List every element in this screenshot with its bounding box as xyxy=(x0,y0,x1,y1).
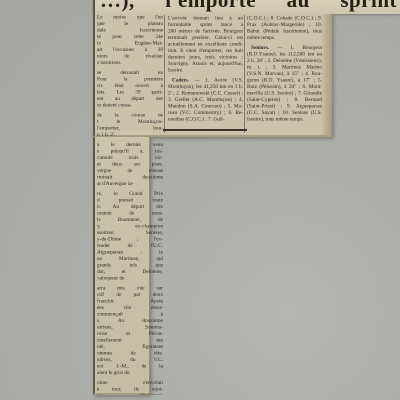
newsprint-line: même temps. xyxy=(247,35,322,42)
newsprint-paragraph: rs, le Grand Prixd prenait touten. Au dé… xyxy=(97,191,163,282)
newsprint-line: n 1 h. 2'. xyxy=(97,132,163,139)
headline: …), l'emporte au sprint xyxy=(100,0,397,12)
newsprint-subhead: Cadets. xyxy=(172,78,189,84)
headline-crop: …), l'emporte au sprint xyxy=(100,0,397,13)
newsprint-subhead: Seniors. xyxy=(251,45,269,51)
newsprint-line: aient le gros du xyxy=(97,370,163,377)
newsprint-paragraph: se déroulait enPour la premièrerix était… xyxy=(97,70,163,109)
newsprint-line: vainqueur de xyxy=(97,275,163,282)
newspaper-headline-band: …), l'emporte au sprint xyxy=(93,0,400,14)
article-column-left: Le moins que l'onque le plateaudale Isso… xyxy=(97,14,163,395)
newsprint-paragraph: a le dernier venue puisqu'il a, jus-cumu… xyxy=(97,142,163,188)
newsprint-line: Issoire), tous même temps. xyxy=(247,116,322,123)
newsprint-line: at d'Auvergne in- xyxy=(97,181,163,188)
newsprint-paragraph: olme s'envolaite tour, ils rejoi-es d'éc… xyxy=(97,380,163,396)
newsprint-line: s issoiriens. xyxy=(97,60,163,67)
photo-of-newspaper-clipping: …), l'emporte au sprint Le moins que l'o… xyxy=(0,0,400,400)
section-end-rule xyxy=(163,129,247,131)
newsprint-paragraph: L'arrivée donnait lieu à unformidable sp… xyxy=(168,15,243,74)
column-rule xyxy=(164,15,165,133)
article-column-middle: L'arrivée donnait lieu à unformidable sp… xyxy=(168,15,243,123)
column-rule xyxy=(244,15,245,133)
newsprint-paragraph: Seniors. — 1. Bourgeot(R.O.Ysaure), les … xyxy=(247,45,322,123)
newsprint-line: ur étaient consa- xyxy=(97,102,163,109)
newsprint-paragraph: de la course net le Montluçon-l'emporter… xyxy=(97,112,163,138)
newsprint-paragraph: arra très vite surctif de par deuxfranch… xyxy=(97,285,163,376)
newsprint-paragraph: Cadets. — 1. Auvie (V.S.Montluçon), les … xyxy=(168,77,243,123)
newsprint-paragraph: (C.O.C.) ; 8. Cohade (C.O.C.) ; 9.Prax (… xyxy=(247,15,322,41)
newsprint-line: Issoire. xyxy=(168,67,243,74)
newsprint-line: es d'échappés xyxy=(97,393,163,396)
article-column-right: (C.O.C.) ; 8. Cohade (C.O.C.) ; 9.Prax (… xyxy=(247,15,322,123)
newsprint-paragraph: Le moins que l'onque le plateaudale Isso… xyxy=(97,14,163,66)
newsprint-line: naudias (C.O.C.) ; 7. Guil- xyxy=(168,116,243,123)
